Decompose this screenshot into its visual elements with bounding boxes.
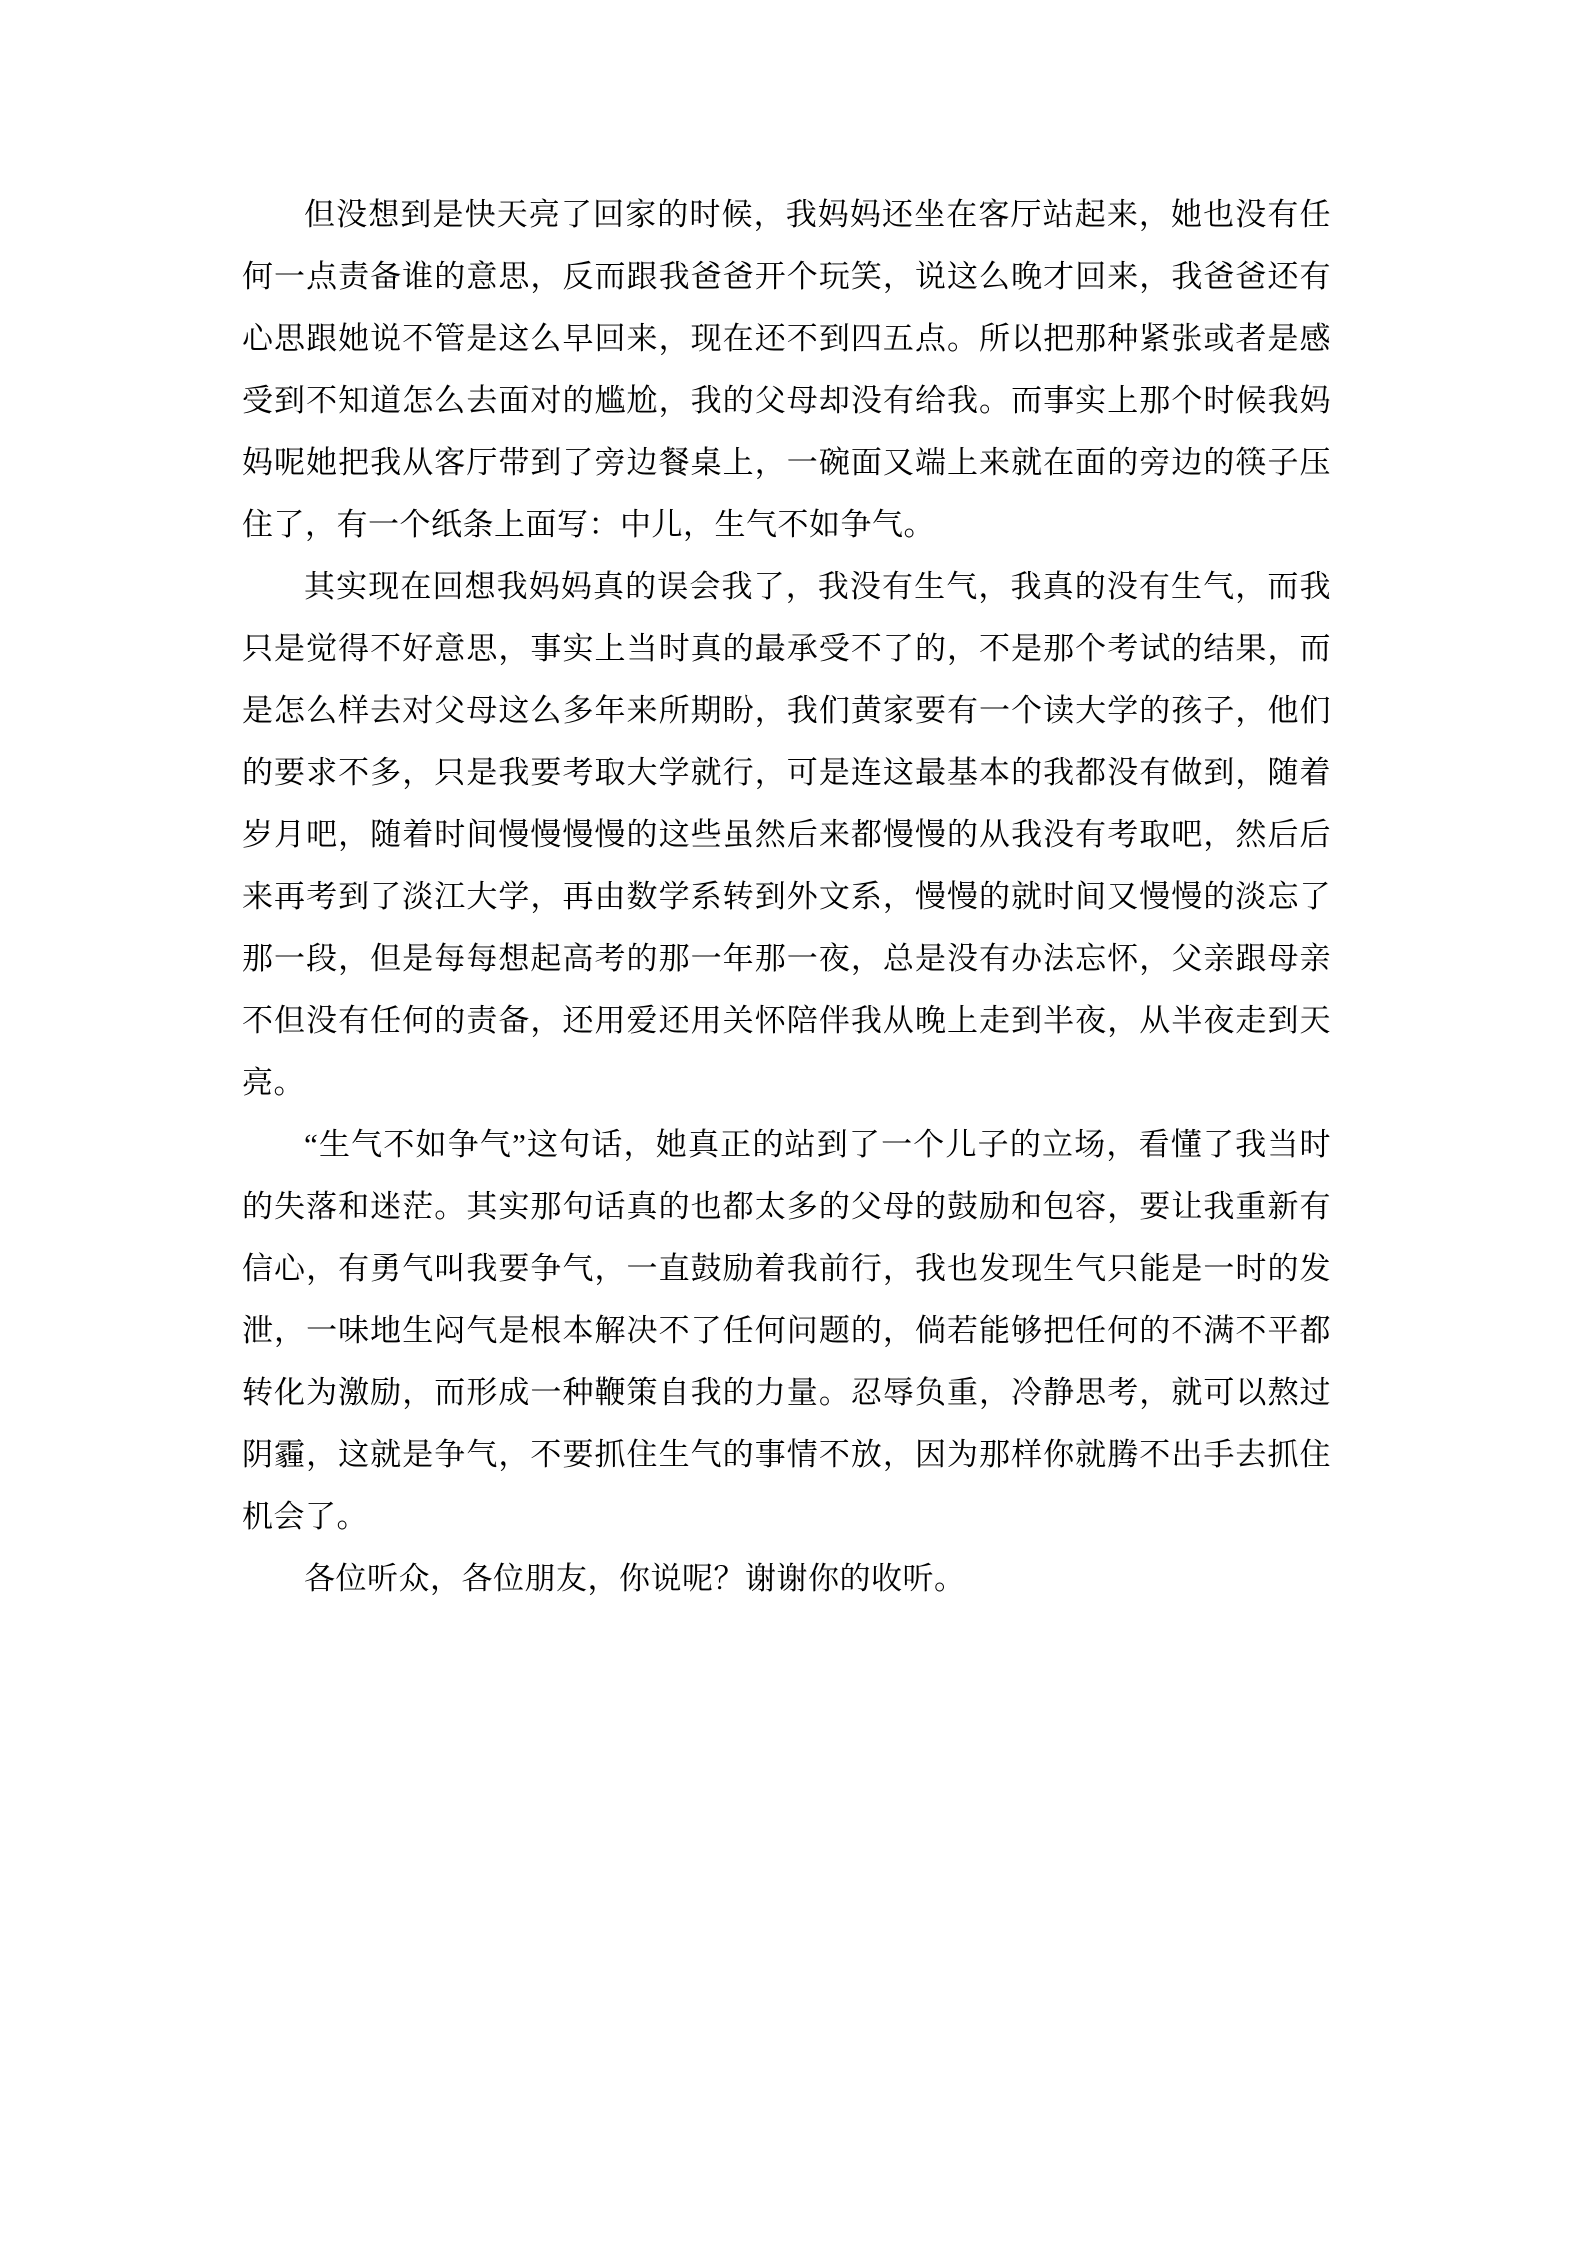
paragraph-3: “生气不如争气”这句话，她真正的站到了一个儿子的立场，看懂了我当时的失落和迷茫。… xyxy=(242,1114,1331,1548)
paragraph-4: 各位听众，各位朋友，你说呢？谢谢你的收听。 xyxy=(242,1548,1331,1610)
document-body: 但没想到是快天亮了回家的时候，我妈妈还坐在客厅站起来，她也没有任何一点责备谁的意… xyxy=(242,184,1331,1610)
paragraph-1: 但没想到是快天亮了回家的时候，我妈妈还坐在客厅站起来，她也没有任何一点责备谁的意… xyxy=(242,184,1331,556)
paragraph-2: 其实现在回想我妈妈真的误会我了，我没有生气，我真的没有生气，而我只是觉得不好意思… xyxy=(242,556,1331,1114)
document-page: 但没想到是快天亮了回家的时候，我妈妈还坐在客厅站起来，她也没有任何一点责备谁的意… xyxy=(0,0,1587,2245)
